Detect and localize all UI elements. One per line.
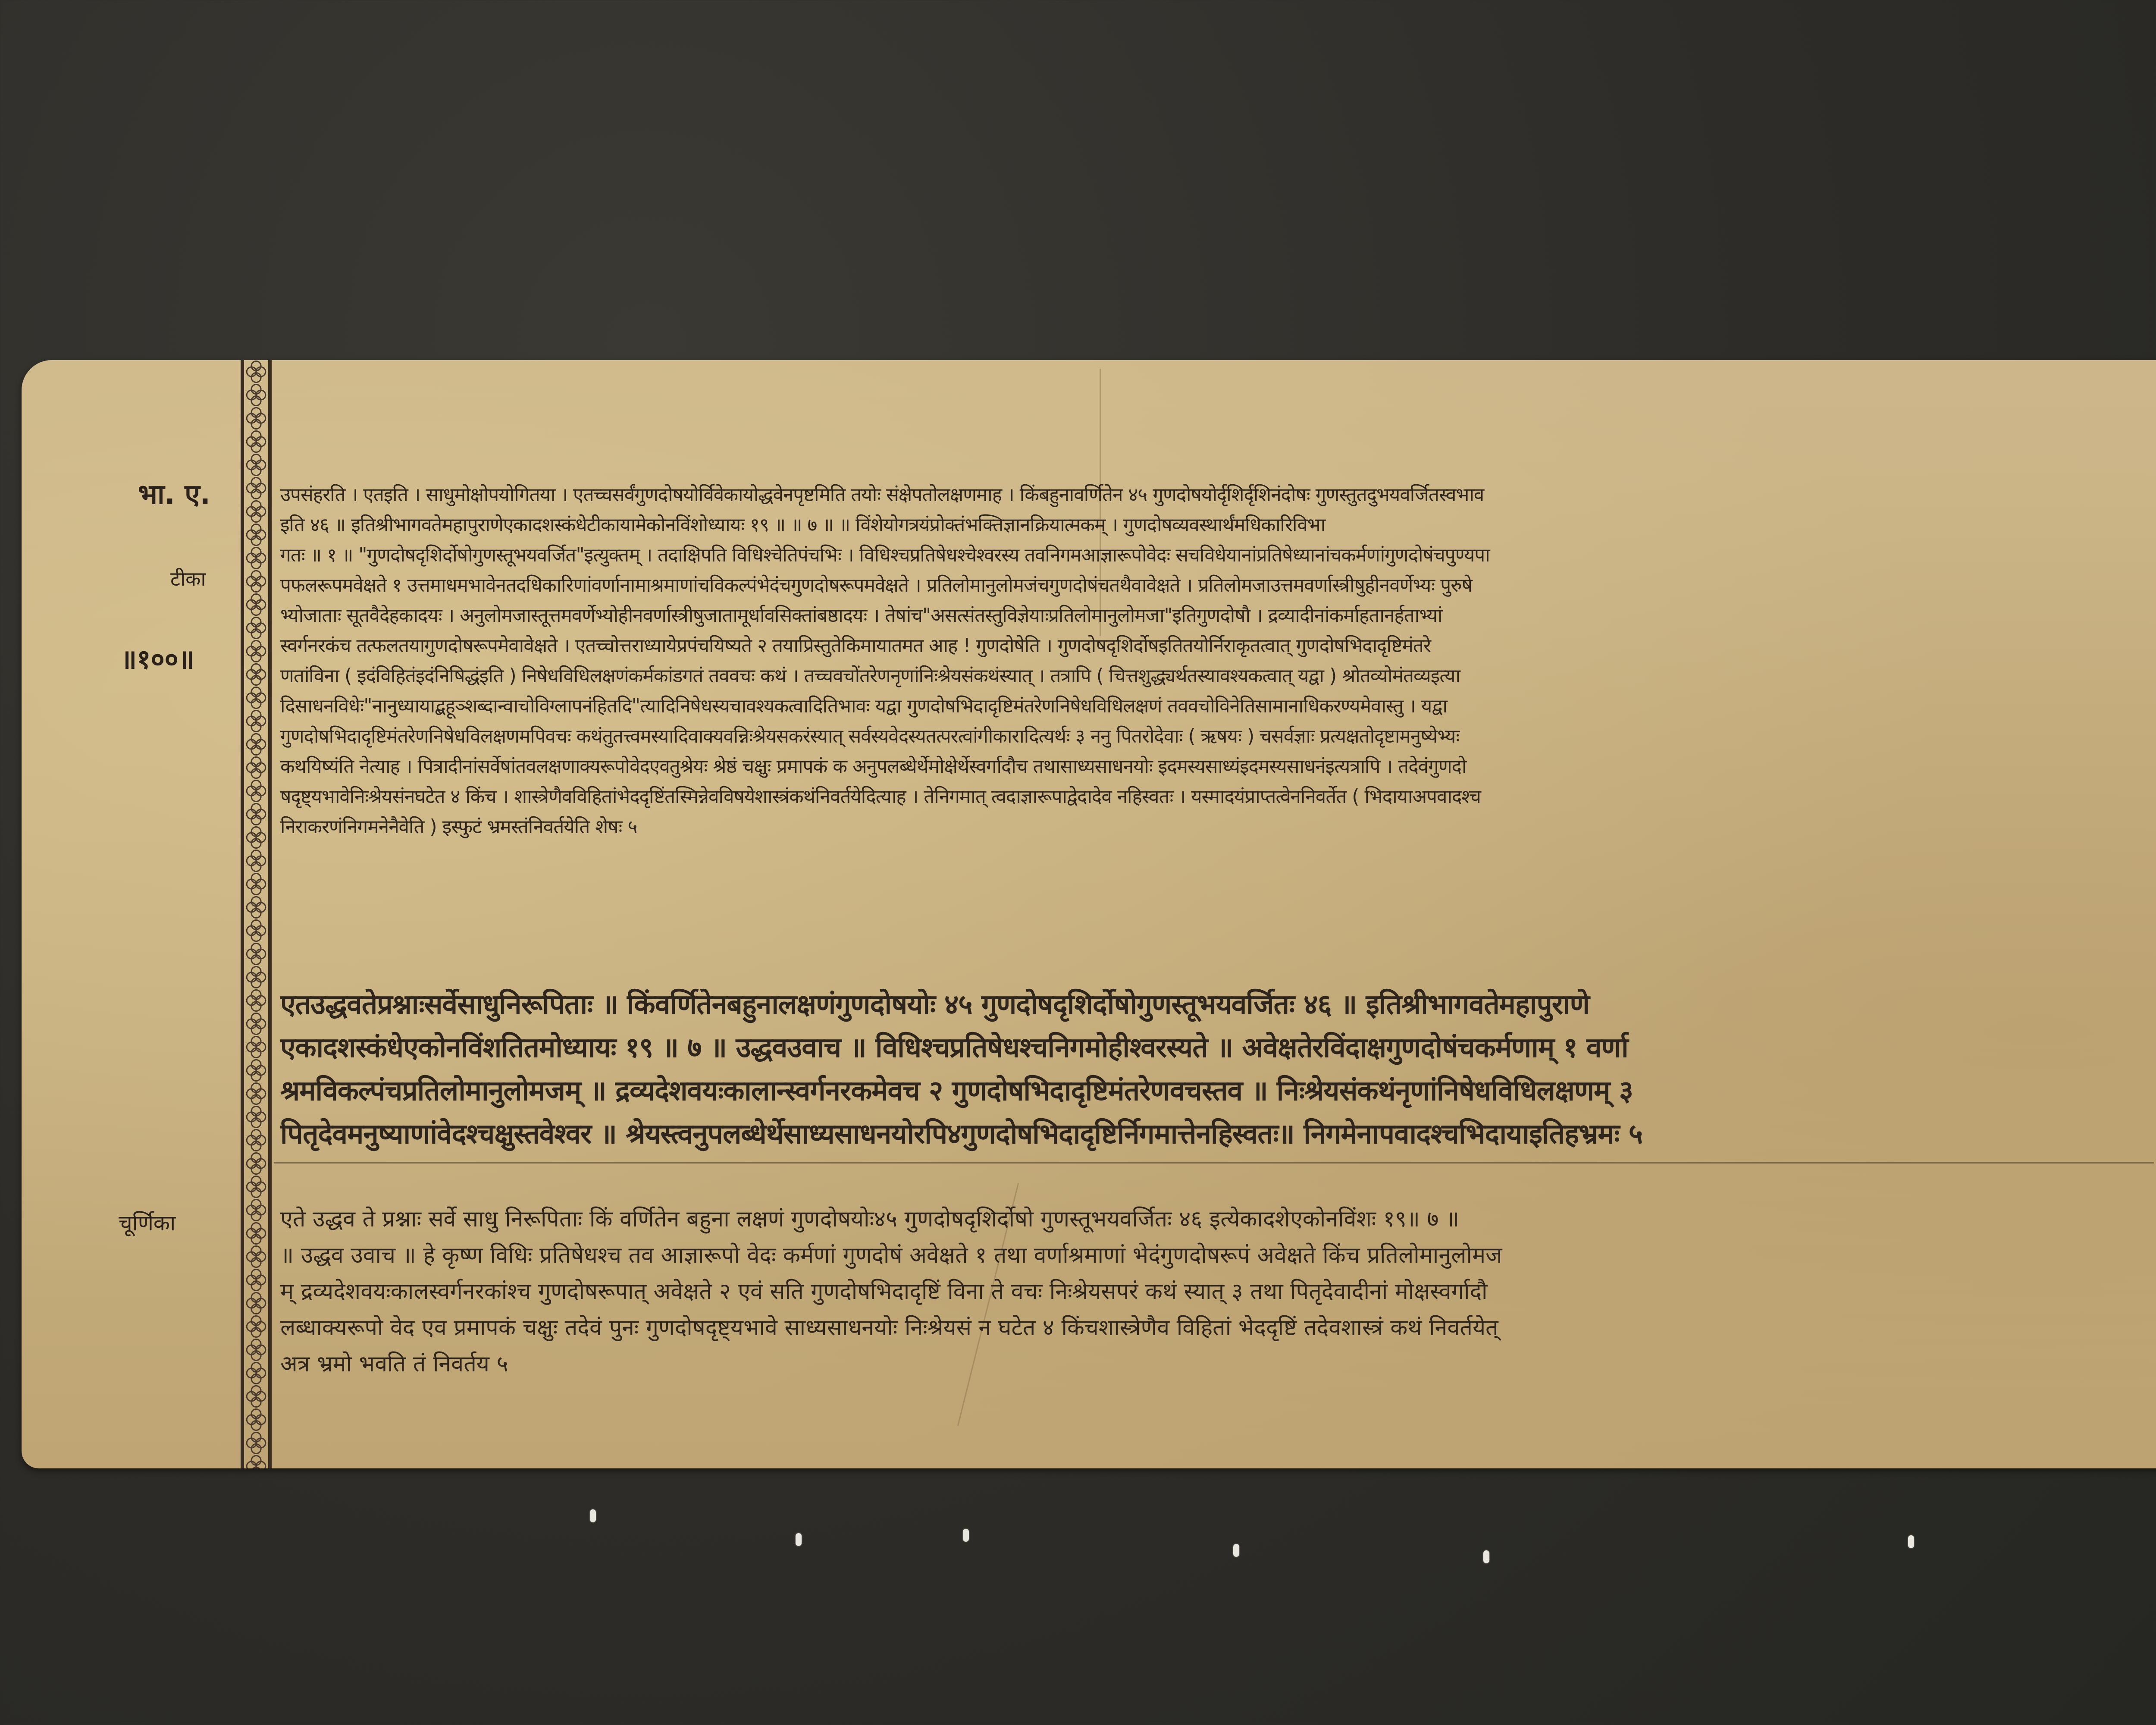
left-outer-rule [241, 360, 244, 1468]
commentary-line: पफलरूपमवेक्षते १ उत्तमाधमभावेनतदधिकारिणा… [280, 571, 2057, 601]
churnika-line: ॥ उद्धव उवाच ॥ हे कृष्ण विधिः प्रतिषेधश्… [280, 1237, 2057, 1273]
mounting-pin [1908, 1535, 1914, 1548]
left-inner-rule [268, 360, 272, 1468]
churnika-line: लब्धाक्यरूपो वेद एव प्रमापकं चक्षुः तदेव… [280, 1310, 2057, 1346]
manuscript-page: भा. ए. टीका ॥१००॥ चूर्णिका अ० ॥२०॥ श्लोक… [22, 360, 2156, 1468]
churnika-line: एते उद्धव ते प्रश्नाः सर्वे साधु निरूपित… [280, 1201, 2057, 1237]
mounting-pin [590, 1509, 596, 1522]
commentary-line: इति ४६ ॥ इतिश्रीभागवतेमहापुराणेएकादशस्कं… [280, 510, 2057, 540]
commentary-line: गुणदोषभिदादृष्टिमंतरेणनिषेधविलक्षणमपिवचः… [280, 721, 2057, 752]
commentary-line: उपसंहरति । एतइति । साधुमोक्षोपयोगितया । … [280, 480, 2057, 510]
left-margin-churnika-label: चूर्णिका [119, 1207, 175, 1237]
commentary-block: उपसंहरति । एतइति । साधुमोक्षोपयोगितया । … [280, 480, 2057, 842]
churnika-block: एते उद्धव ते प्रश्नाः सर्वे साधु निरूपित… [280, 1201, 2057, 1382]
commentary-line: गतः ॥ १ ॥ "गुणदोषदृशिर्दोषोगुणस्तूभयवर्ज… [280, 540, 2057, 571]
mounting-pin [963, 1529, 969, 1542]
commentary-line: णतांविना ( इदंविहितंइदंनिषिद्धंइति ) निष… [280, 661, 2057, 691]
left-margin-title: भा. ए. [138, 474, 210, 512]
mounting-pin [796, 1533, 802, 1546]
churnika-line: अत्र भ्रमो भवति तं निवर्तय ५ [280, 1346, 2057, 1382]
mounting-pin [1233, 1544, 1239, 1557]
verse-line: श्रमविकल्पंचप्रतिलोमानुलोमजम् ॥ द्रव्यदे… [280, 1069, 2057, 1113]
left-floral-border [244, 360, 268, 1468]
verse-block: एतउद्धवतेप्रश्नाःसर्वेसाधुनिरूपिताः ॥ कि… [280, 983, 2057, 1156]
left-margin-folio-number: ॥१००॥ [121, 640, 194, 677]
commentary-line: षदृष्ट्यभावेनिःश्रेयसंनघटेत ४ किंच । शास… [280, 782, 2057, 812]
commentary-line: भ्योजाताः सूतवैदेहकादयः । अनुलोमजास्तूत्… [280, 601, 2057, 631]
mounting-pin [1483, 1550, 1489, 1563]
left-margin-commentary-label: टीका [170, 565, 206, 592]
section-divider [274, 1162, 2154, 1164]
churnika-line: म् द्रव्यदेशवयःकालस्वर्गनरकांश्च गुणदोषर… [280, 1273, 2057, 1310]
verse-line: एतउद्धवतेप्रश्नाःसर्वेसाधुनिरूपिताः ॥ कि… [280, 983, 2057, 1026]
commentary-line: दिसाधनविधेः"नानुध्यायाद्बहूञ्शब्दान्वाचो… [280, 691, 2057, 721]
verse-line: पितृदेवमनुष्याणांवेदश्चक्षुस्तवेश्वर ॥ श… [280, 1113, 2057, 1156]
verse-line: एकादशस्कंधेएकोनविंशतितमोध्यायः १९ ॥ ७ ॥ … [280, 1026, 2057, 1069]
commentary-line: कथयिष्यंति नेत्याह । पित्रादीनांसर्वेषां… [280, 752, 2057, 782]
commentary-line: स्वर्गनरकंच तत्फलतयागुणदोषरूपमेवावेक्षते… [280, 631, 2057, 661]
commentary-line: निराकरणंनिगमनेनैवेति ) इस्फुटं भ्रमस्तंन… [280, 812, 2057, 842]
